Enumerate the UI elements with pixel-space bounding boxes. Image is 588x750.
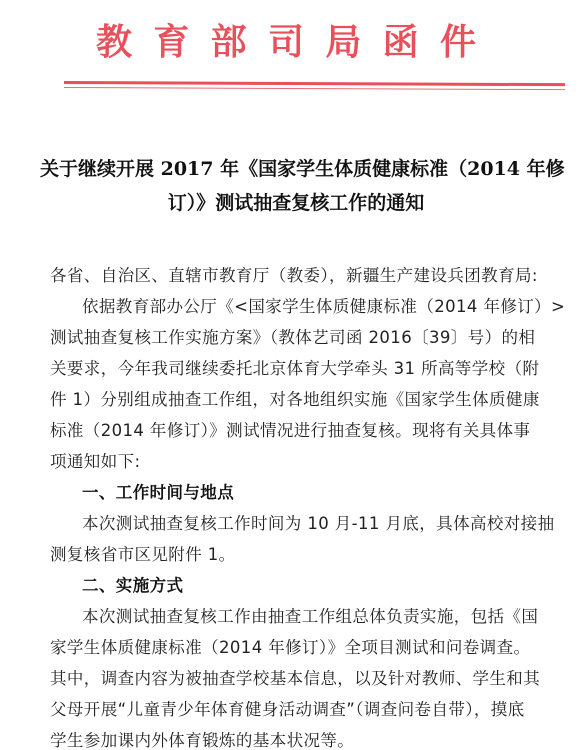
document-title-line: 关于继续开展 2017 年《国家学生体质健康标准（2014 年修 (40, 152, 552, 186)
document-title: 关于继续开展 2017 年《国家学生体质健康标准（2014 年修 订）》测试抽查… (40, 152, 552, 220)
letterhead-char: 育 (153, 18, 189, 66)
section-2-line: 学生参加课内外体育锻炼的基本状况等。 (50, 725, 568, 750)
document-title-line: 订）》测试抽查复核工作的通知 (40, 186, 552, 220)
paragraph-1-line: 件 1）分别组成抽查工作组，对各地组织实施《国家学生体质健康 (50, 384, 568, 415)
salutation: 各省、自治区、直辖市教育厅（教委），新疆生产建设兵团教育局: (50, 260, 568, 291)
letterhead-char: 司 (268, 18, 304, 66)
section-2-line: 父母开展“儿童青少年体育健身活动调查”（调查问卷自带），摸底 (50, 694, 568, 725)
letterhead-title: 教 育 部 司 局 函 件 (96, 18, 476, 66)
section-1-line: 测复核省市区见附件 1。 (50, 539, 568, 570)
section-2-heading: 二、实施方式 (50, 570, 568, 601)
letterhead-char: 教 (96, 18, 132, 66)
section-1-line: 本次测试抽查复核工作时间为 10 月-11 月底，具体高校对接抽 (50, 508, 568, 539)
letterhead-divider-thick (64, 81, 565, 86)
letterhead-char: 局 (325, 18, 361, 66)
letterhead-char: 件 (440, 18, 476, 66)
letterhead-char: 部 (211, 18, 247, 66)
section-2-line: 家学生体质健康标准（2014 年修订）》全项目测试和问卷调查。 (50, 632, 568, 663)
letterhead: 教 育 部 司 局 函 件 (0, 18, 588, 68)
letterhead-divider-thin (64, 87, 565, 90)
section-2-line: 本次测试抽查复核工作由抽查工作组总体负责实施，包括《国 (50, 601, 568, 632)
paragraph-1-line: 关要求，今年我司继续委托北京体育大学牵头 31 所高等学校（附 (50, 353, 568, 384)
paragraph-1-line: 项通知如下: (50, 446, 568, 477)
document-body: 各省、自治区、直辖市教育厅（教委），新疆生产建设兵团教育局: 依据教育部办公厅《… (50, 260, 568, 750)
section-1-heading: 一、工作时间与地点 (50, 477, 568, 508)
letterhead-char: 函 (383, 18, 419, 66)
section-2-line: 其中，调查内容为被抽查学校基本信息，以及针对教师、学生和其 (50, 663, 568, 694)
paragraph-1-line: 标准（2014 年修订）》测试情况进行抽查复核。现将有关具体事 (50, 415, 568, 446)
paragraph-1-line: 测试抽查复核工作实施方案》（教体艺司函 2016〔39〕号）的相 (50, 322, 568, 353)
paragraph-1-line: 依据教育部办公厅《<国家学生体质健康标准（2014 年修订）> (50, 291, 568, 322)
